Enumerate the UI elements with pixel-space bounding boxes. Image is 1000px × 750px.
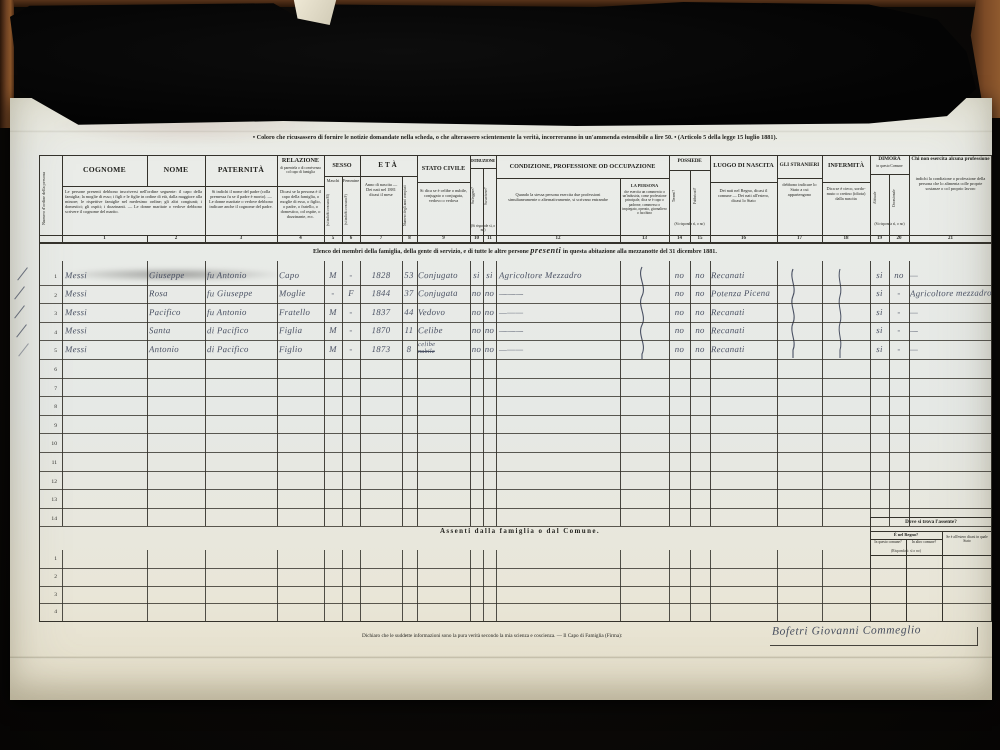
grid-line	[417, 261, 418, 526]
cell-professione: ———	[499, 344, 617, 354]
cell-anno: 1873	[361, 344, 401, 354]
col-number-3: 3	[205, 235, 277, 242]
row-number: 11	[40, 460, 57, 466]
col-istruzione-label: ISTRUZIONE	[469, 158, 497, 163]
grid-line	[822, 182, 870, 183]
grid-line	[205, 261, 206, 526]
grid-line	[777, 261, 778, 526]
col-number-19: 19	[870, 235, 889, 242]
row-number: 12	[40, 479, 57, 485]
grid-line	[822, 261, 823, 526]
grid-line	[889, 174, 890, 242]
grid-line	[39, 508, 992, 509]
col-relazione-desc: Dicasi se la persona è il capo della fam…	[279, 189, 322, 233]
grid-line	[777, 178, 822, 179]
cell-nascita: Recanati	[711, 344, 775, 354]
cell-nome: Giuseppe	[149, 269, 203, 279]
grid-line	[147, 261, 148, 526]
grid-line	[342, 261, 343, 526]
grid-line	[710, 261, 711, 526]
cell-cognome: Messi	[65, 344, 145, 354]
cell-maschi: -	[324, 288, 342, 298]
cell-stato: Conjugata	[418, 288, 470, 299]
cell-paternita: fu Antonio	[207, 307, 275, 317]
cell-paternita: fu Antonio	[207, 269, 275, 279]
cell-nome: Antonio	[149, 344, 203, 354]
col-nome-label: NOME	[147, 155, 205, 186]
col-number-17: 17	[777, 235, 822, 242]
cell-nascita: Recanati	[711, 307, 775, 317]
cell-cognome: Messi	[65, 269, 145, 279]
grid-line	[39, 603, 870, 604]
cell-anno: 1870	[361, 325, 401, 335]
col-number-7: 7	[360, 235, 402, 242]
col-femmine-note: (si indichi con una F)	[344, 188, 358, 232]
col-condizione-label: CONDIZIONE, PROFESSIONE OD OCCUPAZIONE	[496, 156, 669, 177]
col-condizione-desc: Quando la stessa persona esercita due pr…	[504, 192, 612, 232]
cell-nascita: Potenza Picena	[711, 288, 775, 299]
grid-line	[690, 170, 691, 242]
grid-line	[770, 645, 978, 646]
grid-line	[39, 285, 992, 286]
grid-line	[402, 176, 403, 242]
grid-line	[942, 531, 943, 621]
col-cognome-nome-desc: Le persone presenti debbono inscriversi …	[65, 189, 202, 233]
grid-line	[470, 155, 471, 242]
col-sa-scrivere-label: Sa scrivere?	[484, 170, 496, 222]
cell-occasionale: -	[889, 325, 909, 335]
cell-relazione: Fratello	[279, 307, 323, 317]
col-number-10: 10	[470, 235, 483, 242]
grid-line	[909, 155, 910, 242]
cell-professione: ———	[499, 287, 617, 298]
cell-paternita: di Pacifico	[207, 325, 275, 336]
cell-nome: Rosa	[149, 288, 203, 299]
col-occasionale-label: Occasionale	[892, 176, 905, 220]
grid-line	[205, 155, 206, 242]
absent-row-number: 2	[40, 574, 57, 580]
cell-maschi: M	[324, 344, 342, 354]
row-number: 14	[40, 516, 57, 522]
col-eta-label: ETÀ	[360, 156, 417, 175]
col-number-9: 9	[417, 235, 470, 242]
grid-line	[277, 155, 278, 242]
grid-line	[496, 178, 669, 179]
grid-line	[39, 471, 992, 472]
cell-maschi: M	[324, 269, 342, 279]
brace-mark	[834, 267, 846, 360]
grid-line	[991, 155, 992, 621]
grid-line	[909, 261, 910, 526]
cell-legge: no	[470, 344, 483, 354]
grid-line	[39, 359, 992, 360]
cell-anni: 53	[401, 269, 417, 279]
cell-terreni: no	[669, 325, 690, 335]
cell-anno: 1828	[361, 269, 401, 279]
cell-professione: ———	[499, 325, 617, 336]
col-relazione-sublabel: di parentela o di convivenza col capo di…	[278, 166, 323, 174]
cell-alimento: —	[910, 344, 990, 354]
col-cognome-label: COGNOME	[62, 155, 147, 186]
grid-line	[39, 621, 992, 622]
cell-nome: Pacifico	[149, 307, 203, 317]
grid-line	[669, 155, 670, 242]
col-number-11: 11	[483, 235, 496, 242]
grid-line	[360, 261, 361, 526]
grid-line	[496, 261, 497, 526]
grid-line	[870, 586, 991, 587]
grid-line	[669, 261, 670, 526]
cell-professione: ———	[499, 306, 617, 316]
cell-stato: Conjugato	[418, 269, 470, 279]
cell-stato: celibe	[418, 341, 470, 348]
brace-mark	[787, 267, 799, 360]
cell-abituale: si	[870, 325, 889, 335]
cell-nome: Santa	[149, 325, 203, 336]
cell-occasionale: -	[889, 344, 909, 354]
cell-occasionale: -	[889, 307, 909, 317]
grid-line	[39, 396, 992, 397]
col-paternita-label: PATERNITÀ	[205, 155, 277, 186]
absent-box-estero: Se è all'estero dicasi in quale Stato	[944, 535, 990, 543]
cell-femmine: -	[342, 307, 360, 317]
col-infermita-desc: Dica se è cieco, sordo-muto o cretino (i…	[824, 186, 868, 232]
cell-nascita: Recanati	[711, 325, 775, 336]
cell-stato: Vedovo	[418, 307, 470, 317]
cell-cognome: Messi	[65, 325, 145, 336]
cell-alimento: Agricoltore mezzadro	[910, 288, 990, 299]
grid-line	[710, 155, 711, 242]
row-number: 8	[40, 404, 57, 410]
grid-line	[977, 627, 978, 646]
absent-row-number: 4	[40, 609, 57, 615]
grid-line	[470, 261, 471, 526]
brace-mark	[636, 265, 648, 361]
cell-maschi: M	[324, 307, 342, 317]
margin-tick	[18, 343, 29, 356]
grid-line	[822, 155, 823, 242]
cell-terreni: no	[669, 344, 690, 354]
list-title-suffix: in questa abitazione alla mezzanotte del…	[561, 248, 717, 255]
grid-line	[870, 517, 991, 518]
col-dimora-label: DIMORA	[870, 156, 909, 162]
grid-line	[710, 182, 777, 183]
col-number-16: 16	[710, 235, 777, 242]
cell-cognome: Messi	[65, 307, 145, 317]
col-maschi-note: (si indichi con una M)	[326, 188, 340, 232]
black-cloth-object	[10, 2, 986, 126]
col-fabbricati-label: Fabbricati?	[693, 172, 707, 220]
grid-line	[147, 155, 148, 186]
margin-tick	[17, 267, 28, 280]
cell-terreni: no	[669, 288, 690, 298]
cell-anni: 37	[401, 288, 417, 298]
grid-line	[483, 261, 484, 526]
cell-alimento: —	[910, 307, 990, 317]
grid-line	[870, 155, 871, 242]
grid-line	[777, 155, 778, 242]
grid-line	[39, 242, 992, 244]
col-femmine-label: Femmine	[342, 178, 360, 183]
col-number-15: 15	[690, 235, 710, 242]
cell-stato: Celibe	[418, 325, 470, 336]
cell-relazione: Moglie	[279, 288, 323, 298]
col-sesso-label: SESSO	[324, 156, 360, 175]
photo-scene: • Coloro che ricusassero di fornire le n…	[0, 0, 1000, 750]
cell-legge: no	[470, 325, 483, 335]
grid-line	[39, 433, 992, 434]
col-abituale-label: Abituale	[873, 176, 886, 220]
grid-line	[39, 526, 992, 527]
cell-anni: 8	[401, 344, 417, 354]
grid-line	[496, 155, 497, 242]
col-chi-non-esercita-label: Chi non esercita alcuna professione	[910, 156, 991, 162]
col-number-4: 4	[277, 235, 324, 242]
grid-line	[906, 539, 907, 621]
grid-line	[417, 155, 418, 242]
cell-abituale: si	[870, 344, 889, 354]
grid-line	[62, 186, 324, 187]
cell-femmine: -	[342, 269, 360, 279]
col-number-13: 13	[620, 235, 669, 242]
margin-tick	[14, 305, 25, 318]
cell-anno: 1837	[361, 307, 401, 317]
cell-alimento: —	[910, 325, 990, 336]
absent-box-regno: È nel Regno?	[871, 532, 941, 537]
row-number: 9	[40, 423, 57, 429]
col-terreni-label: Terreni?	[672, 172, 686, 220]
cell-scrive: no	[483, 325, 496, 335]
col-number-14: 14	[669, 235, 690, 242]
col-maschi-label: Maschi	[324, 178, 342, 183]
absent-row-number: 3	[40, 592, 57, 598]
cell-cognome: Messi	[65, 288, 145, 299]
col-number-1: 1	[62, 235, 147, 242]
col-stato-civile-label: STATO CIVILE	[417, 156, 470, 181]
head-of-family-signature: Bofetri Giovanni Commeglio	[772, 624, 921, 638]
absent-title: Assenti dalla famiglia o dal Comune.	[260, 527, 780, 535]
cell-stato-struck: nubile	[418, 349, 470, 355]
col-number-2: 2	[147, 235, 205, 242]
grid-line	[62, 261, 63, 526]
grid-line	[147, 235, 148, 242]
col-number-6: 6	[342, 235, 360, 242]
col-number-20: 20	[889, 235, 909, 242]
grid-line	[324, 261, 325, 526]
cell-anno: 1844	[361, 288, 401, 298]
margin-tick	[14, 286, 25, 299]
cell-legge: si	[470, 269, 483, 279]
grid-line	[483, 168, 484, 242]
list-title: Elenco dei membri della famiglia, della …	[50, 246, 980, 255]
cell-paternita: di Pacifico	[207, 344, 275, 354]
row-number: 2	[40, 293, 57, 299]
col-number-5: 5	[324, 235, 342, 242]
grid-line	[39, 303, 992, 304]
grid-line	[277, 261, 278, 526]
cell-legge: no	[470, 288, 483, 298]
grid-line	[39, 568, 870, 569]
cell-scrive: si	[483, 269, 496, 279]
cell-femmine: F	[342, 288, 360, 298]
grid-line	[889, 261, 890, 526]
cell-alimento: —	[910, 269, 990, 279]
grid-line	[39, 340, 992, 341]
grid-line	[39, 378, 992, 379]
grid-line	[620, 178, 621, 242]
list-title-emphasis: presenti	[530, 246, 561, 255]
cell-femmine: -	[342, 344, 360, 354]
grid-line	[342, 176, 343, 242]
cell-fabbricati: no	[690, 307, 710, 317]
col-infermita-label: INFERMITÀ	[822, 156, 870, 175]
grid-line	[870, 603, 991, 604]
cell-fabbricati: no	[690, 344, 710, 354]
col-possiede-label: POSSIEDE	[669, 158, 710, 164]
row-number: 4	[40, 330, 57, 336]
row-number: 5	[40, 348, 57, 354]
cell-nascita: Recanati	[711, 269, 775, 279]
cell-relazione: Capo	[279, 269, 323, 279]
census-form-sheet: • Coloro che ricusassero di fornire le n…	[10, 98, 992, 700]
absent-box-questo: In questo comune?	[871, 540, 905, 544]
col-luogo-nascita-desc: Dei nati nel Regno, dicasi il comune — D…	[713, 188, 774, 232]
grid-line	[324, 176, 417, 177]
cell-occasionale: -	[889, 288, 909, 298]
absent-box-altro: In altro comune?	[907, 540, 941, 544]
col-la-persona-desc: che esercita un commercio o un'industria…	[621, 190, 668, 232]
grid-line	[39, 322, 992, 323]
grid-line	[870, 531, 991, 532]
grid-line	[620, 261, 621, 526]
cell-relazione: Figlia	[279, 325, 323, 335]
cell-maschi: M	[324, 325, 342, 335]
col-ordine-label: Numero d'ordine della persona	[41, 157, 61, 240]
grid-line	[870, 555, 991, 556]
cell-occasionale: no	[889, 269, 909, 279]
grid-line	[690, 261, 691, 526]
grid-line	[39, 415, 992, 416]
grid-line	[402, 261, 403, 526]
col-paternita-desc: Si indichi il nome del padre (colla prem…	[208, 189, 274, 233]
cell-paternita: fu Giuseppe	[207, 288, 275, 299]
row-number: 13	[40, 497, 57, 503]
cell-professione: Agricoltore Mezzadro	[499, 269, 617, 279]
cell-terreni: no	[669, 307, 690, 317]
absent-row-number: 1	[40, 556, 57, 562]
cell-relazione: Figlio	[279, 344, 323, 354]
grid-line	[39, 489, 992, 490]
col-anno-nascita-desc: Anno di nascita — Dei nati nel 1881 dica…	[362, 182, 400, 197]
col-number-18: 18	[822, 235, 870, 242]
cell-anni: 44	[401, 307, 417, 317]
grid-line	[360, 155, 361, 242]
grid-line	[870, 517, 871, 621]
grid-line	[870, 261, 871, 526]
cell-fabbricati: no	[690, 288, 710, 298]
cell-terreni: no	[669, 269, 690, 279]
col-chi-non-esercita-desc: indichi la condizione o professione dell…	[912, 176, 989, 232]
row-number: 10	[40, 441, 57, 447]
cell-anni: 11	[401, 325, 417, 335]
col-anni-compiuti-label: Numero degli anni compiuti	[403, 180, 416, 232]
col-number-8: 8	[402, 235, 417, 242]
cell-fabbricati: no	[690, 269, 710, 279]
col-sa-leggere-label: Sa leggere?	[471, 170, 483, 222]
grid-line	[39, 452, 992, 453]
col-relazione-label: RELAZIONE	[277, 157, 324, 164]
cell-abituale: si	[870, 307, 889, 317]
grid-line	[39, 155, 992, 156]
col-dimora-sublabel: in questo Comune	[870, 164, 909, 168]
col-luogo-nascita-label: LUOGO DI NASCITA	[710, 156, 777, 175]
cell-abituale: si	[870, 269, 889, 279]
list-title-prefix: Elenco dei membri della famiglia, della …	[313, 248, 530, 255]
row-number: 1	[40, 274, 57, 280]
grid-line	[417, 182, 470, 183]
penalty-notice: • Coloro che ricusassero di fornire le n…	[40, 134, 990, 141]
cell-legge: no	[470, 307, 483, 317]
margin-tick	[16, 324, 27, 337]
cell-abituale: si	[870, 288, 889, 298]
cell-fabbricati: no	[690, 325, 710, 335]
col-la-persona-label: LA PERSONA	[622, 183, 667, 188]
fold-crease	[10, 656, 992, 659]
col-stranieri-label: GLI STRANIERI	[777, 156, 822, 175]
col-stato-civile-desc: Si dica se è celibe o nubile, conjugato …	[419, 188, 468, 232]
grid-line	[870, 568, 991, 569]
row-number: 3	[40, 311, 57, 317]
cell-scrive: no	[483, 288, 496, 298]
declaration-text: Dichiaro che le suddette informazioni so…	[362, 633, 772, 639]
col-number-21: 21	[909, 235, 992, 242]
cell-scrive: no	[483, 344, 496, 354]
row-number: 6	[40, 367, 57, 373]
cell-scrive: no	[483, 307, 496, 317]
col-stranieri-desc: debbono indicare lo Stato a cui apparten…	[779, 182, 820, 230]
grid-line	[39, 235, 992, 236]
grid-line	[62, 155, 63, 242]
cell-femmine: -	[342, 325, 360, 335]
fold-crease	[10, 130, 992, 133]
grid-line	[324, 155, 325, 242]
grid-line	[39, 586, 870, 587]
row-number: 7	[40, 386, 57, 392]
col-number-12: 12	[496, 235, 620, 242]
